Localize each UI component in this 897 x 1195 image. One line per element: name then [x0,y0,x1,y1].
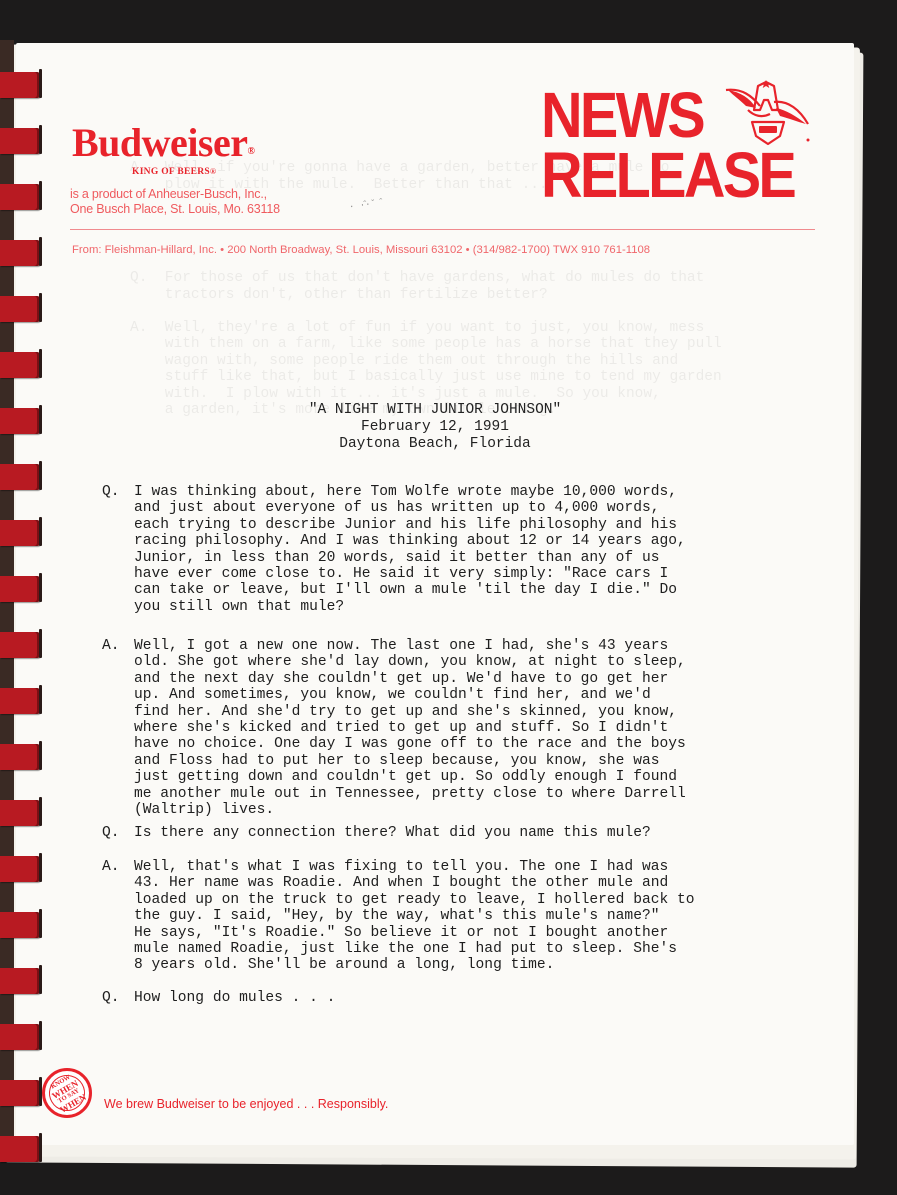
show-through-text: Q. For those of us that don't have garde… [130,270,722,419]
speaker-label: Q. [102,484,132,500]
binding-ring [0,968,40,994]
qa-text: How long do mules . . . [134,990,802,1006]
binding-ring [0,464,40,490]
budweiser-logo: Budweiser® [72,123,254,163]
know-when-to-say-when-badge: KNOW WHEN TO SAY WHEN [42,1068,92,1118]
binding-ring [0,296,40,322]
binding-ring [0,912,40,938]
speaker-label: A. [102,638,132,654]
qa-text: I was thinking about, here Tom Wolfe wro… [134,484,802,615]
a-and-eagle-icon [722,80,812,148]
qa-item: Q. How long do mules . . . [102,990,802,1006]
document-title-block: "A NIGHT WITH JUNIOR JOHNSON" February 1… [240,402,630,453]
binding-ring [0,72,40,98]
binding-ring [0,856,40,882]
letterhead-divider [70,229,815,230]
document-title: "A NIGHT WITH JUNIOR JOHNSON" [240,402,630,419]
binding-ring [0,688,40,714]
document-location: Daytona Beach, Florida [240,436,630,453]
speaker-label: Q. [102,990,132,1006]
binding-ring [0,800,40,826]
binding-ring [0,184,40,210]
qa-text: Well, I got a new one now. The last one … [134,638,802,818]
qa-text: Is there any connection there? What did … [134,825,802,841]
binding-ring [0,632,40,658]
binding-ring [0,240,40,266]
king-of-beers-tagline: KING OF BEERS® [132,167,216,177]
binding-ring [0,352,40,378]
qa-item: Q. Is there any connection there? What d… [102,825,802,841]
binding-ring [0,1136,40,1162]
qa-text: Well, that's what I was fixing to tell y… [134,859,802,974]
qa-item: Q. I was thinking about, here Tom Wolfe … [102,484,802,615]
binding-ring [0,408,40,434]
address-line-1: is a product of Anheuser-Busch, Inc., [70,187,280,202]
binding-ring [0,128,40,154]
address-line-2: One Busch Place, St. Louis, Mo. 63118 [70,202,280,217]
speaker-label: Q. [102,825,132,841]
binding-ring [0,1024,40,1050]
speaker-label: A. [102,859,132,875]
binding-ring [0,576,40,602]
binding-ring [0,1080,40,1106]
document-date: February 12, 1991 [240,419,630,436]
from-line: From: Fleishman-Hillard, Inc. • 200 Nort… [72,244,650,256]
responsibility-slogan: We brew Budweiser to be enjoyed . . . Re… [104,1097,388,1111]
qa-item: A. Well, I got a new one now. The last o… [102,638,802,818]
company-address: is a product of Anheuser-Busch, Inc., On… [70,187,280,217]
binding-ring [0,520,40,546]
binding-ring [0,744,40,770]
qa-item: A. Well, that's what I was fixing to tel… [102,859,802,974]
